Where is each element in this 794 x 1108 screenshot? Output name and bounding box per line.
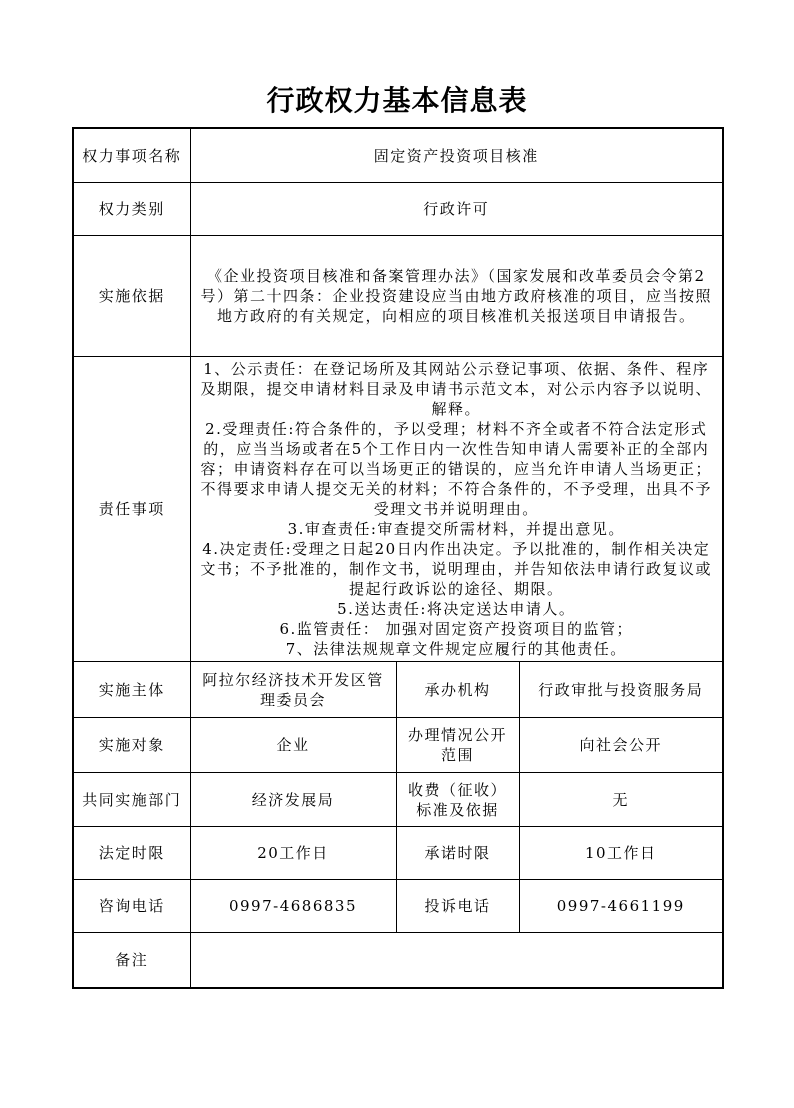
cell-label-fee-standard: 收费（征收）标准及依据 <box>396 773 519 827</box>
cell-label-implementation-basis: 实施依据 <box>73 236 190 357</box>
cell-label-implementation-subject: 实施主体 <box>73 662 190 718</box>
cell-label-implementation-target: 实施对象 <box>73 718 190 773</box>
cell-label-power-item-name: 权力事项名称 <box>73 128 190 183</box>
cell-value-responsibility-items: 1、公示责任：在登记场所及其网站公示登记事项、依据、条件、程序及期限，提交申请材… <box>190 357 723 662</box>
responsibility-paragraph: 5.送达责任:将决定送达申请人。 <box>197 599 717 619</box>
cell-value-fee-standard: 无 <box>519 773 723 827</box>
cell-value-power-category: 行政许可 <box>190 183 723 236</box>
cell-label-responsibility-items: 责任事项 <box>73 357 190 662</box>
table-row: 权力事项名称 固定资产投资项目核准 <box>73 128 723 183</box>
responsibility-paragraph: 1、公示责任：在登记场所及其网站公示登记事项、依据、条件、程序及期限，提交申请材… <box>197 359 717 419</box>
document-page: 行政权力基本信息表 权力事项名称 固定资产投资项目核准 权力类别 行政许可 实施… <box>0 0 794 1108</box>
cell-value-implementation-basis: 《企业投资项目核准和备案管理办法》（国家发展和改革委员会令第2号）第二十四条：企… <box>190 236 723 357</box>
responsibility-paragraph: 7、法律法规规章文件规定应履行的其他责任。 <box>197 639 717 659</box>
cell-value-implementation-subject: 阿拉尔经济技术开发区管理委员会 <box>190 662 396 718</box>
table-row: 权力类别 行政许可 <box>73 183 723 236</box>
responsibility-paragraph: 6.监管责任： 加强对固定资产投资项目的监管； <box>197 619 717 639</box>
cell-label-undertaking-agency: 承办机构 <box>396 662 519 718</box>
cell-value-consultation-phone: 0997-4686835 <box>190 880 396 933</box>
responsibility-paragraph: 4.决定责任:受理之日起20日内作出决定。予以批准的，制作相关决定文书；不予批准… <box>197 539 717 599</box>
cell-value-remarks <box>190 933 723 989</box>
cell-label-disclosure-scope: 办理情况公开范围 <box>396 718 519 773</box>
cell-value-power-item-name: 固定资产投资项目核准 <box>190 128 723 183</box>
table-row: 共同实施部门 经济发展局 收费（征收）标准及依据 无 <box>73 773 723 827</box>
cell-value-legal-time-limit: 20工作日 <box>190 827 396 880</box>
cell-value-complaint-phone: 0997-4661199 <box>519 880 723 933</box>
info-table: 权力事项名称 固定资产投资项目核准 权力类别 行政许可 实施依据 《企业投资项目… <box>72 127 724 989</box>
cell-label-promised-time-limit: 承诺时限 <box>396 827 519 880</box>
table-row: 实施主体 阿拉尔经济技术开发区管理委员会 承办机构 行政审批与投资服务局 <box>73 662 723 718</box>
cell-label-power-category: 权力类别 <box>73 183 190 236</box>
responsibility-paragraph: 2.受理责任:符合条件的，予以受理；材料不齐全或者不符合法定形式的，应当当场或者… <box>197 419 717 519</box>
cell-value-joint-departments: 经济发展局 <box>190 773 396 827</box>
table-row: 备注 <box>73 933 723 989</box>
cell-label-joint-departments: 共同实施部门 <box>73 773 190 827</box>
table-row: 实施依据 《企业投资项目核准和备案管理办法》（国家发展和改革委员会令第2号）第二… <box>73 236 723 357</box>
cell-value-promised-time-limit: 10工作日 <box>519 827 723 880</box>
table-row: 责任事项 1、公示责任：在登记场所及其网站公示登记事项、依据、条件、程序及期限，… <box>73 357 723 662</box>
cell-value-undertaking-agency: 行政审批与投资服务局 <box>519 662 723 718</box>
table-row: 咨询电话 0997-4686835 投诉电话 0997-4661199 <box>73 880 723 933</box>
cell-value-disclosure-scope: 向社会公开 <box>519 718 723 773</box>
document-title: 行政权力基本信息表 <box>0 84 794 118</box>
table-row: 法定时限 20工作日 承诺时限 10工作日 <box>73 827 723 880</box>
cell-label-complaint-phone: 投诉电话 <box>396 880 519 933</box>
cell-value-implementation-target: 企业 <box>190 718 396 773</box>
table-row: 实施对象 企业 办理情况公开范围 向社会公开 <box>73 718 723 773</box>
cell-label-consultation-phone: 咨询电话 <box>73 880 190 933</box>
cell-label-remarks: 备注 <box>73 933 190 989</box>
responsibility-paragraph: 3.审查责任:审查提交所需材料，并提出意见。 <box>197 519 717 539</box>
cell-label-legal-time-limit: 法定时限 <box>73 827 190 880</box>
